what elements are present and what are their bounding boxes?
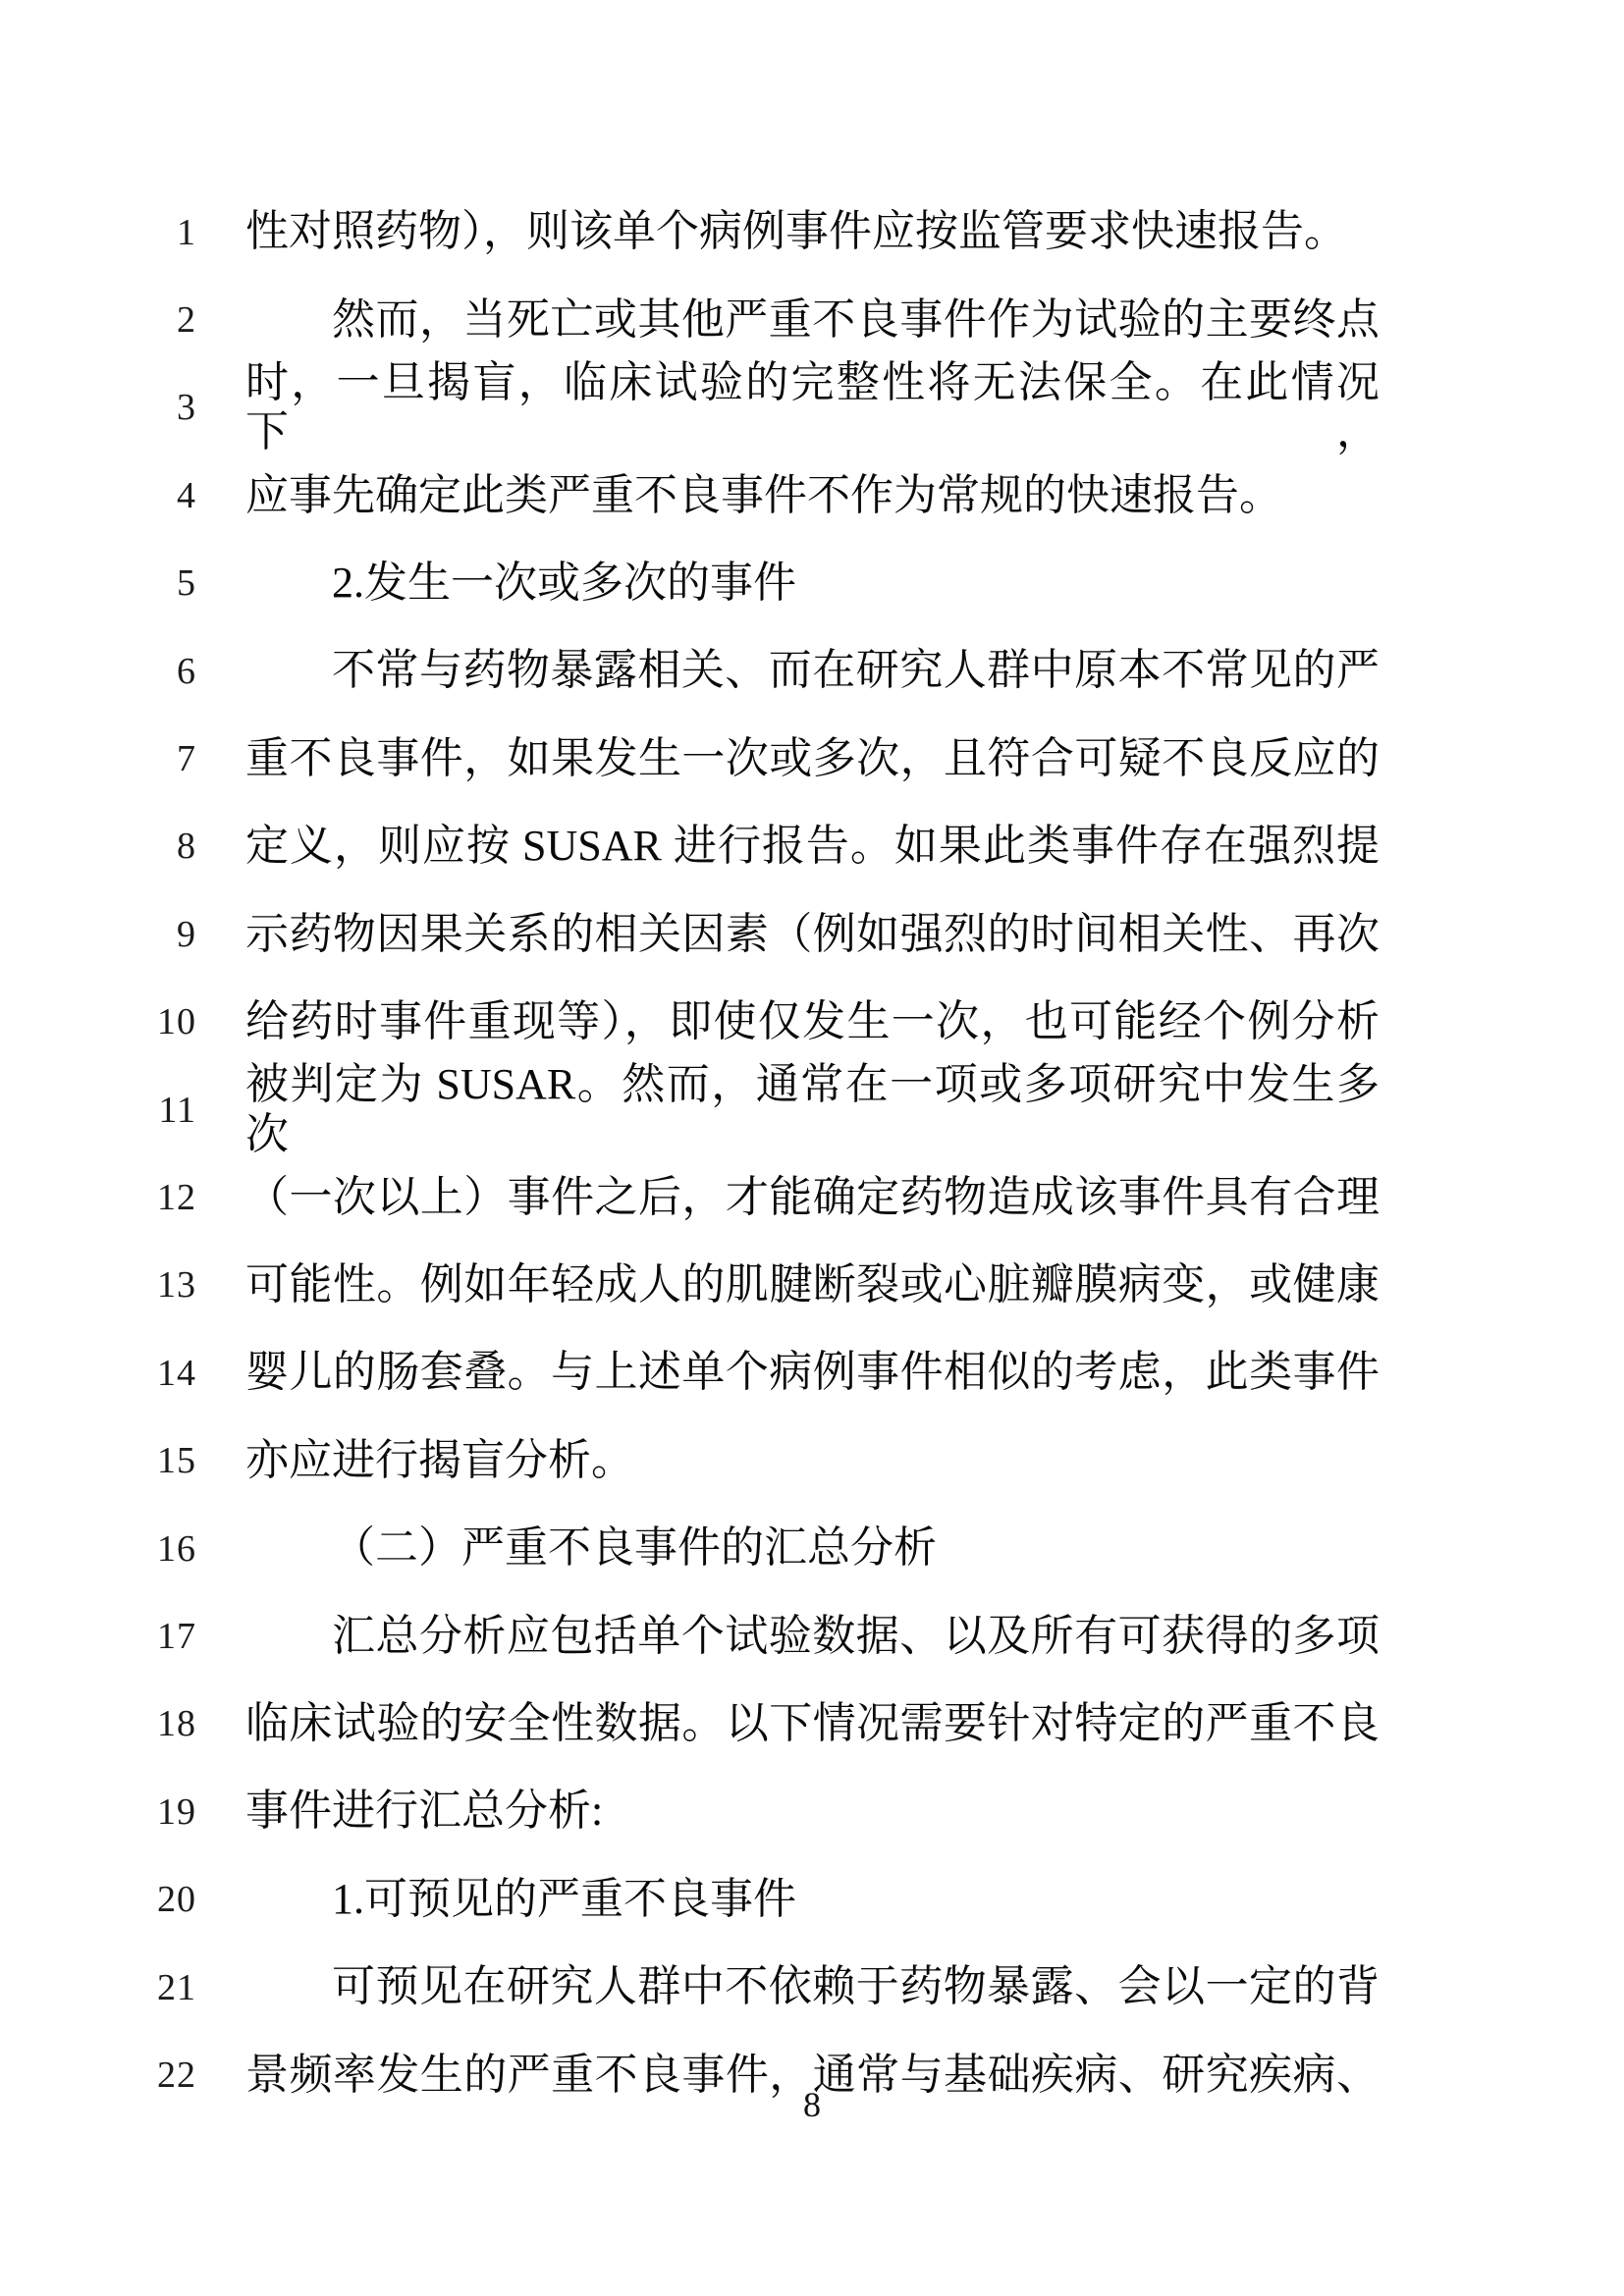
text-body: 1 性对照药物），则该单个病例事件应按监管要求快速报告。 2 然而，当死亡或其他… (0, 188, 1624, 2119)
line-text: 重不良事件，如果发生一次或多次，且符合可疑不良反应的 (245, 734, 1380, 784)
document-line: 9 示药物因果关系的相关因素（例如强烈的时间相关性、再次 (0, 890, 1624, 978)
line-text: 给药时事件重现等），即使仅发生一次，也可能经个例分析 (245, 997, 1380, 1047)
line-text: 可预见在研究人群中不依赖于药物暴露、会以一定的背 (245, 1962, 1380, 2012)
document-line: 4 应事先确定此类严重不良事件不作为常规的快速报告。 (0, 452, 1624, 539)
line-number: 14 (0, 1355, 196, 1392)
line-number: 5 (0, 564, 196, 602)
line-number: 8 (0, 828, 196, 865)
document-line: 6 不常与药物暴露相关、而在研究人群中原本不常见的严 (0, 627, 1624, 715)
document-line: 2 然而，当死亡或其他严重不良事件作为试验的主要终点 (0, 276, 1624, 363)
line-number: 11 (0, 1092, 196, 1129)
line-number: 6 (0, 653, 196, 690)
line-text: 亦应进行揭盲分析。 (245, 1436, 1380, 1486)
line-text: 被判定为 SUSAR。然而，通常在一项或多项研究中发生多次 (245, 1060, 1380, 1159)
line-text: 然而，当死亡或其他严重不良事件作为试验的主要终点 (245, 295, 1380, 346)
line-number: 20 (0, 1881, 196, 1918)
document-line: 3 时，一旦揭盲，临床试验的完整性将无法保全。在此情况下， (0, 364, 1624, 452)
line-number: 13 (0, 1266, 196, 1304)
document-line: 8 定义，则应按 SUSAR 进行报告。如果此类事件存在强烈提 (0, 803, 1624, 890)
document-line: 19 事件进行汇总分析: (0, 1768, 1624, 1855)
line-text: 示药物因果关系的相关因素（例如强烈的时间相关性、再次 (245, 910, 1380, 960)
line-text: 事件进行汇总分析: (245, 1787, 1380, 1837)
document-line: 7 重不良事件，如果发生一次或多次，且符合可疑不良反应的 (0, 715, 1624, 802)
document-line: 12 （一次以上）事件之后，才能确定药物造成该事件具有合理 (0, 1153, 1624, 1241)
document-line: 1 性对照药物），则该单个病例事件应按监管要求快速报告。 (0, 188, 1624, 276)
line-text: （一次以上）事件之后，才能确定药物造成该事件具有合理 (245, 1173, 1380, 1223)
line-text: 性对照药物），则该单个病例事件应按监管要求快速报告。 (245, 207, 1380, 257)
line-number: 7 (0, 740, 196, 777)
line-number: 17 (0, 1618, 196, 1655)
line-number: 4 (0, 477, 196, 514)
line-text: （二）严重不良事件的汇总分析 (245, 1523, 1380, 1574)
line-number: 3 (0, 389, 196, 426)
document-page: 1 性对照药物），则该单个病例事件应按监管要求快速报告。 2 然而，当死亡或其他… (0, 0, 1624, 2296)
document-line: 17 汇总分析应包括单个试验数据、以及所有可获得的多项 (0, 1592, 1624, 1680)
line-number: 18 (0, 1705, 196, 1742)
line-text: 应事先确定此类严重不良事件不作为常规的快速报告。 (245, 471, 1380, 521)
line-number: 12 (0, 1179, 196, 1216)
line-number: 1 (0, 214, 196, 251)
line-text: 时，一旦揭盲，临床试验的完整性将无法保全。在此情况下， (245, 358, 1380, 457)
line-number: 2 (0, 301, 196, 339)
document-line: 16 （二）严重不良事件的汇总分析 (0, 1505, 1624, 1592)
document-line: 11 被判定为 SUSAR。然而，通常在一项或多项研究中发生多次 (0, 1066, 1624, 1153)
line-number: 16 (0, 1530, 196, 1568)
document-line: 21 可预见在研究人群中不依赖于药物暴露、会以一定的背 (0, 1944, 1624, 2031)
line-text: 不常与药物暴露相关、而在研究人群中原本不常见的严 (245, 646, 1380, 696)
document-line: 15 亦应进行揭盲分析。 (0, 1416, 1624, 1504)
line-text: 临床试验的安全性数据。以下情况需要针对特定的严重不良 (245, 1699, 1380, 1749)
line-number: 21 (0, 1969, 196, 2006)
line-text: 汇总分析应包括单个试验数据、以及所有可获得的多项 (245, 1612, 1380, 1662)
document-line: 5 2.发生一次或多次的事件 (0, 540, 1624, 627)
document-line: 18 临床试验的安全性数据。以下情况需要针对特定的严重不良 (0, 1681, 1624, 1768)
document-line: 14 婴儿的肠套叠。与上述单个病例事件相似的考虑，此类事件 (0, 1329, 1624, 1416)
line-text: 定义，则应按 SUSAR 进行报告。如果此类事件存在强烈提 (245, 822, 1380, 872)
line-text: 可能性。例如年轻成人的肌腱断裂或心脏瓣膜病变，或健康 (245, 1260, 1380, 1310)
line-text: 1.可预见的严重不良事件 (245, 1875, 1380, 1925)
line-number: 15 (0, 1442, 196, 1479)
document-line: 10 给药时事件重现等），即使仅发生一次，也可能经个例分析 (0, 979, 1624, 1066)
document-line: 13 可能性。例如年轻成人的肌腱断裂或心脏瓣膜病变，或健康 (0, 1242, 1624, 1329)
document-line: 20 1.可预见的严重不良事件 (0, 1855, 1624, 1943)
line-text: 婴儿的肠套叠。与上述单个病例事件相似的考虑，此类事件 (245, 1348, 1380, 1398)
line-text: 2.发生一次或多次的事件 (245, 559, 1380, 609)
line-number: 9 (0, 916, 196, 953)
line-number: 19 (0, 1793, 196, 1831)
page-number: 8 (0, 2087, 1624, 2122)
line-number: 10 (0, 1003, 196, 1041)
